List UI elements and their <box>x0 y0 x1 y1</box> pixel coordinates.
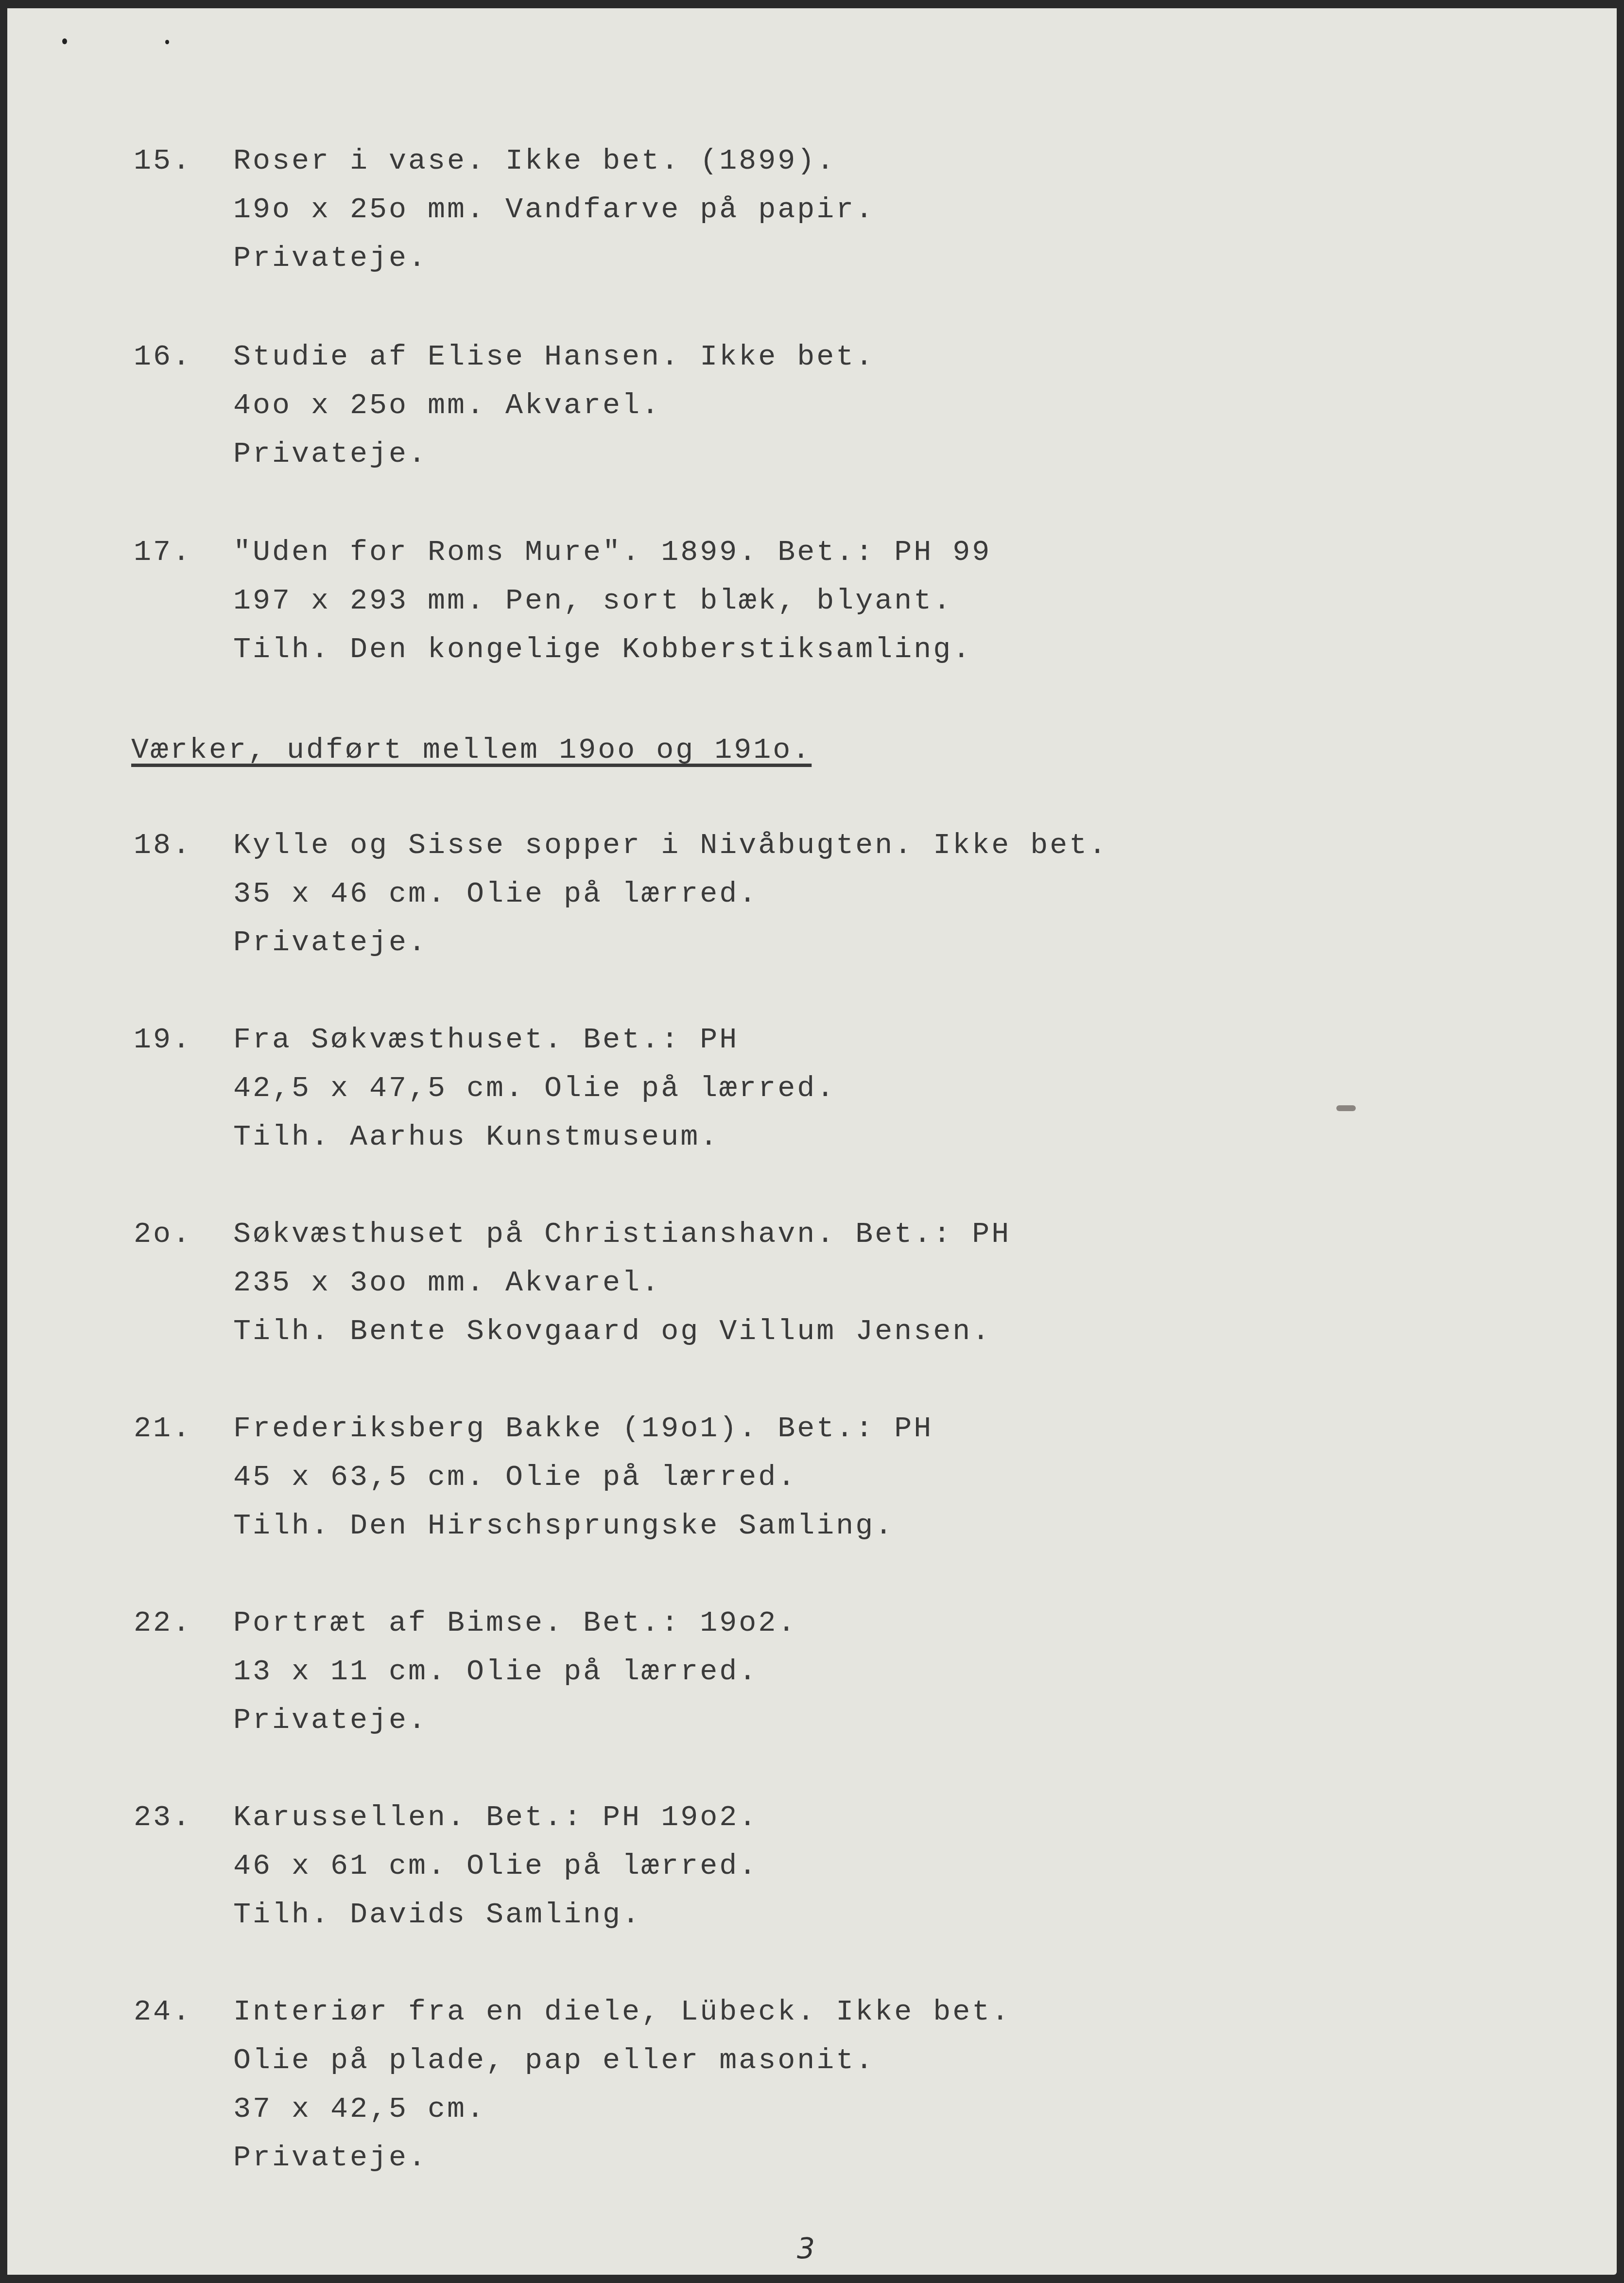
paper-smudge <box>1336 1105 1356 1111</box>
section-heading: Værker, udført mellem 19oo og 191o. <box>131 734 812 767</box>
paper-speck <box>62 38 67 44</box>
entry-title-line: Interiør fra en diele, Lübeck. Ikke bet. <box>233 1998 1011 2027</box>
entry-detail-line: 19o x 25o mm. Vandfarve på papir. <box>233 195 875 225</box>
entry-number: 19. <box>134 1026 192 1055</box>
entry-number: 15. <box>134 147 192 176</box>
entry-number: 18. <box>134 831 192 860</box>
paper-speck <box>165 40 169 44</box>
entry-title-line: Kylle og Sisse sopper i Nivåbugten. Ikke… <box>233 831 1108 860</box>
entry-detail-line: 37 x 42,5 cm. <box>233 2095 486 2124</box>
entry-number: 17. <box>134 538 192 567</box>
entry-title-line: Søkvæsthuset på Christianshavn. Bet.: PH <box>233 1220 1011 1249</box>
entry-title-line: "Uden for Roms Mure". 1899. Bet.: PH 99 <box>233 538 991 567</box>
entry-number: 16. <box>134 343 192 372</box>
page-number: 3 <box>797 2232 815 2265</box>
entry-detail-line: 13 x 11 cm. Olie på lærred. <box>233 1657 758 1687</box>
entry-number: 21. <box>134 1414 192 1444</box>
entry-detail-line: 4oo x 25o mm. Akvarel. <box>233 391 661 420</box>
entry-detail-line: Tilh. Den Hirschsprungske Samling. <box>233 1512 894 1541</box>
entry-detail-line: Privateje. <box>233 244 428 273</box>
entry-title-line: Studie af Elise Hansen. Ikke bet. <box>233 343 875 372</box>
entry-number: 24. <box>134 1998 192 2027</box>
entry-detail-line: Olie på plade, pap eller masonit. <box>233 2046 875 2075</box>
entry-detail-line: Tilh. Aarhus Kunstmuseum. <box>233 1123 719 1152</box>
entry-detail-line: 46 x 61 cm. Olie på lærred. <box>233 1852 758 1881</box>
entry-detail-line: 45 x 63,5 cm. Olie på lærred. <box>233 1463 797 1492</box>
entry-title-line: Fra Søkvæsthuset. Bet.: PH <box>233 1026 739 1055</box>
entry-detail-line: 235 x 3oo mm. Akvarel. <box>233 1269 661 1298</box>
entry-detail-line: Privateje. <box>233 1706 428 1735</box>
entry-detail-line: Privateje. <box>233 928 428 958</box>
entry-detail-line: 35 x 46 cm. Olie på lærred. <box>233 880 758 909</box>
entry-number: 23. <box>134 1803 192 1832</box>
entry-title-line: Roser i vase. Ikke bet. (1899). <box>233 147 836 176</box>
entry-detail-line: Tilh. Davids Samling. <box>233 1900 641 1930</box>
entry-title-line: Frederiksberg Bakke (19o1). Bet.: PH <box>233 1414 933 1444</box>
entry-detail-line: Tilh. Bente Skovgaard og Villum Jensen. <box>233 1317 991 1346</box>
entry-detail-line: Privateje. <box>233 440 428 469</box>
entry-title-line: Portræt af Bimse. Bet.: 19o2. <box>233 1609 797 1638</box>
entry-detail-line: 42,5 x 47,5 cm. Olie på lærred. <box>233 1074 836 1103</box>
entry-number: 22. <box>134 1609 192 1638</box>
entry-detail-line: 197 x 293 mm. Pen, sort blæk, blyant. <box>233 587 952 616</box>
entry-detail-line: Tilh. Den kongelige Kobberstiksamling. <box>233 635 972 664</box>
document-page: Værker, udført mellem 19oo og 191o. 3 15… <box>7 8 1617 2275</box>
entry-number: 2o. <box>134 1220 192 1249</box>
entry-title-line: Karussellen. Bet.: PH 19o2. <box>233 1803 758 1832</box>
entry-detail-line: Privateje. <box>233 2144 428 2173</box>
